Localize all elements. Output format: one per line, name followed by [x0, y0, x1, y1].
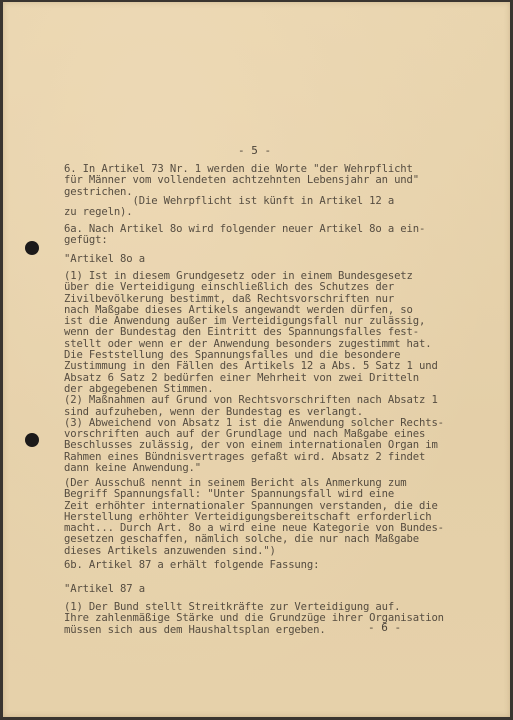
paragraph-6a: 6a. Nach Artikel 8o wird folgender neuer…: [64, 224, 425, 247]
paragraph-6b: 6b. Artikel 87 a erhält folgende Fassung…: [64, 560, 319, 571]
punch-hole: [25, 433, 39, 447]
page-header-number: - 5 -: [238, 144, 271, 157]
article-80a-body: (1) Ist in diesem Grundgesetz oder in ei…: [64, 271, 444, 474]
article-80a-title: "Artikel 8o a: [64, 254, 145, 265]
document-page: - 5 - 6. In Artikel 73 Nr. 1 werden die …: [3, 2, 510, 717]
page-footer-number: - 6 -: [368, 621, 401, 634]
paragraph-6: 6. In Artikel 73 Nr. 1 werden die Worte …: [64, 164, 419, 198]
punch-hole: [25, 241, 39, 255]
article-87a-title: "Artikel 87 a: [64, 584, 145, 595]
paragraph-6-note: (Die Wehrpflicht ist künft in Artikel 12…: [64, 196, 394, 219]
committee-note: (Der Ausschuß nennt in seinem Bericht al…: [64, 478, 444, 557]
